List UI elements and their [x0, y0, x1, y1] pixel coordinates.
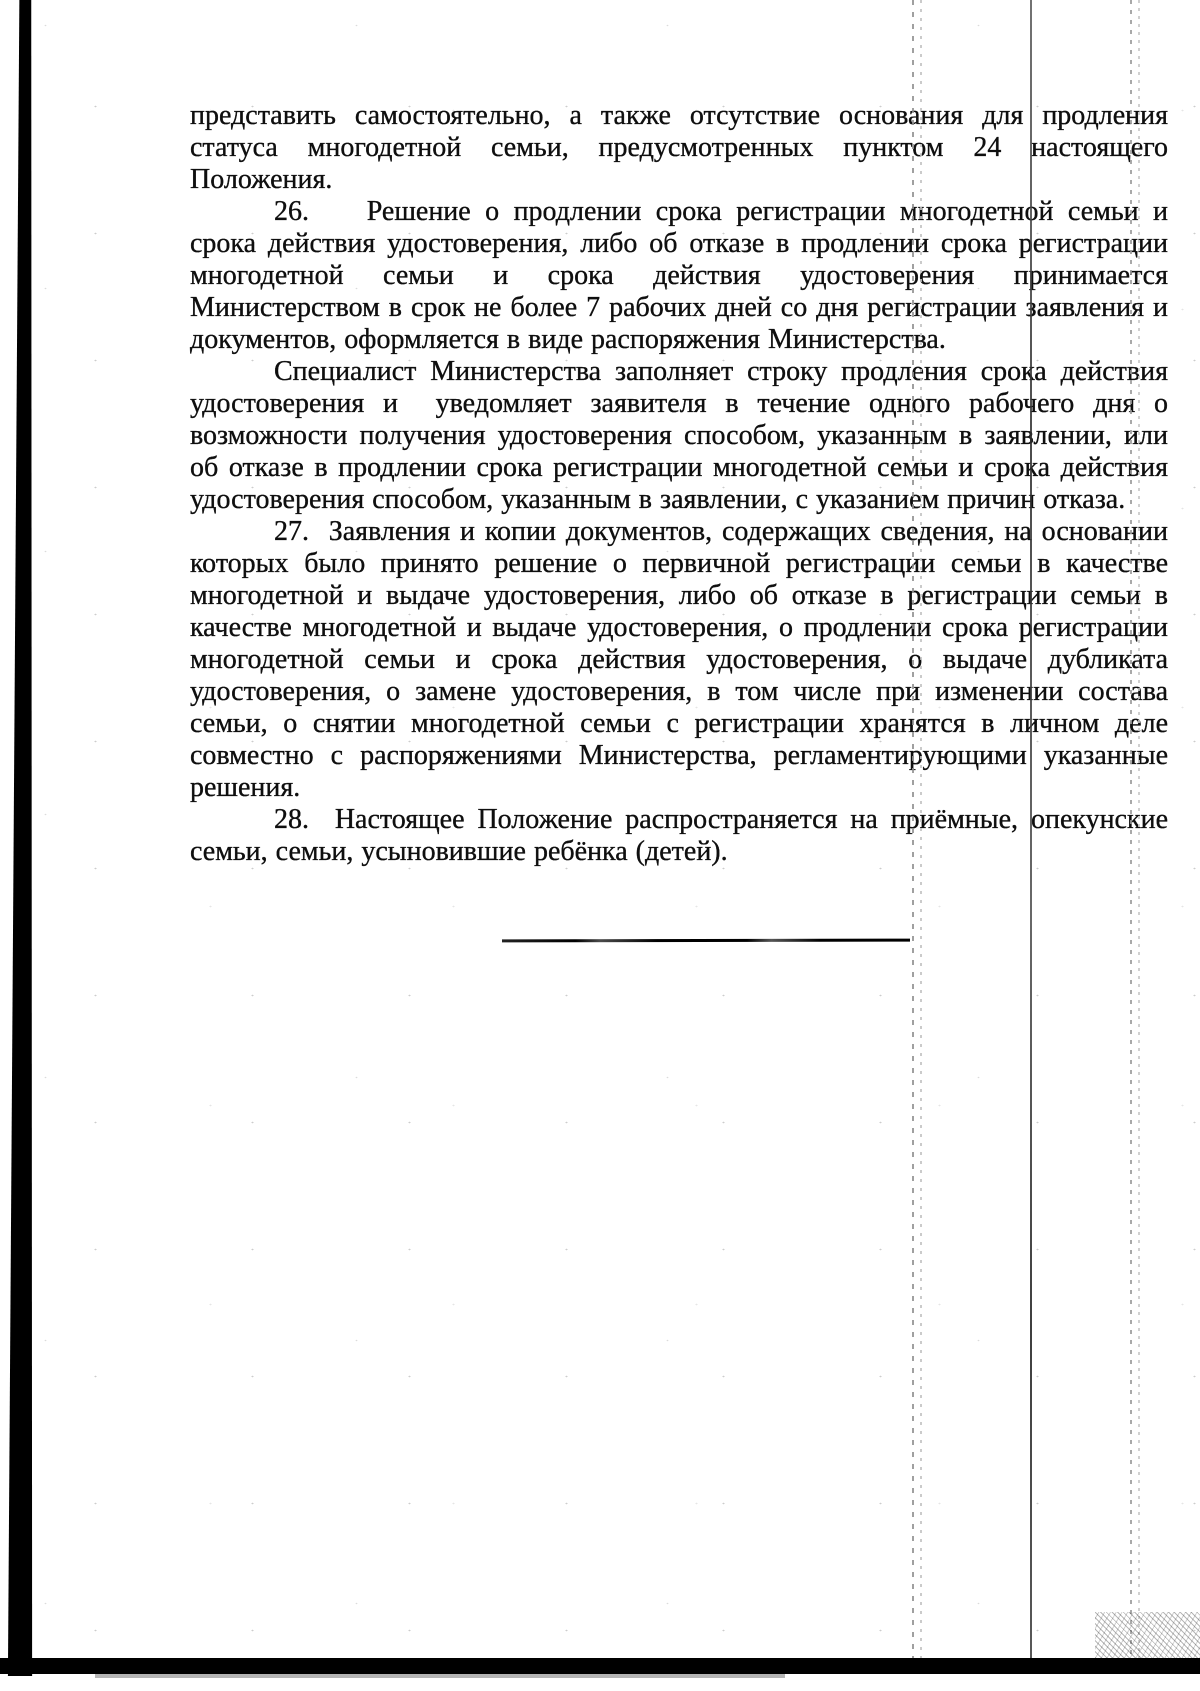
scanned-document-page: представить самостоятельно, а также отсу… [0, 0, 1200, 1691]
scan-artifact-dashed-line-1 [912, 0, 914, 1660]
scan-artifact-dashed-line-4 [1138, 0, 1140, 1660]
scan-artifact-dashed-line-2 [920, 0, 922, 1660]
scan-edge-bottom-shadow [95, 1674, 785, 1678]
paragraph-continuation: представить самостоятельно, а также отсу… [190, 100, 1168, 196]
document-text-block: представить самостоятельно, а также отсу… [190, 100, 1168, 868]
scan-artifact-solid-line [1030, 0, 1032, 1660]
scan-noise-bottom-right [1095, 1612, 1200, 1658]
paragraph-item-27: 27. Заявления и копии документов, содерж… [190, 516, 1168, 804]
paragraph-item-26: 26. Решение о продлении срока регистраци… [190, 196, 1168, 356]
scan-artifact-dashed-line-3 [1130, 0, 1132, 1660]
paragraph-item-28: 28. Настоящее Положение распространяется… [190, 804, 1168, 868]
paragraph-item-26-specialist: Специалист Министерства заполняет строку… [190, 356, 1168, 516]
scan-edge-bottom-bar [0, 1658, 1200, 1674]
